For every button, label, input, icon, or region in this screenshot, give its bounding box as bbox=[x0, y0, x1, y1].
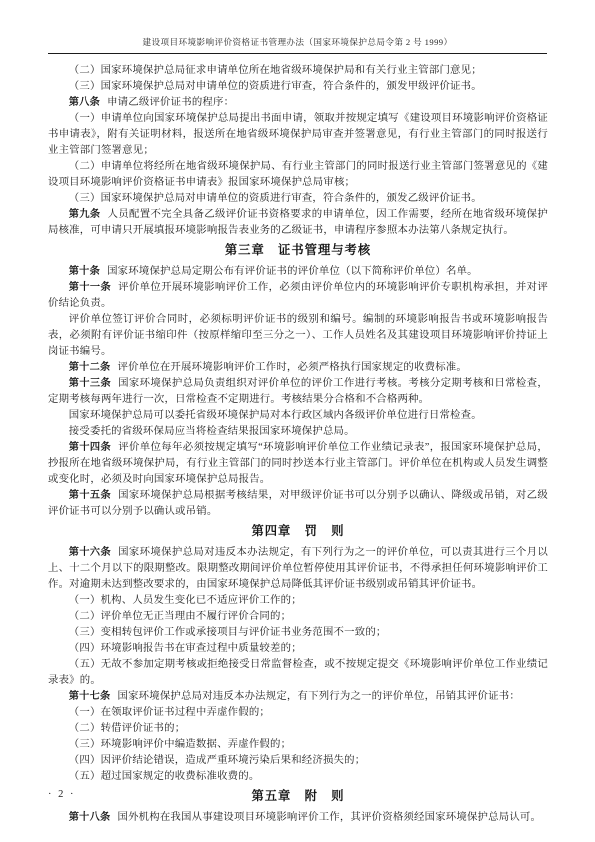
article-number: 第十六条 bbox=[69, 547, 111, 558]
paragraph: 第十四条评价单位每年必须按规定填写“环境影响评价单位工作业绩记录表”，报国家环境… bbox=[48, 440, 548, 488]
paragraph-text: 国家环境保护总局定期公布有评价证书的评价单位（以下简称评价单位）名单。 bbox=[107, 266, 478, 277]
paragraph-text: 国家环境保护总局负责组织对评价单位的评价工作进行考核。考核分定期考核和日常检查，… bbox=[48, 378, 548, 405]
paragraph: 第八条申请乙级评价证书的程序： bbox=[48, 95, 548, 111]
paragraph-text: 接受委托的省级环保局应当将检查结果报国家环境保护总局。 bbox=[69, 426, 355, 437]
paragraph-text: （二）转借评价证书的； bbox=[69, 723, 186, 734]
article-number: 第八条 bbox=[69, 97, 100, 108]
paragraph: 第十六条国家环境保护总局对违反本办法规定，有下列行为之一的评价单位，可以责其进行… bbox=[48, 545, 548, 593]
paragraph: （二）申请单位将经所在地省级环境保护局、有行业主管部门的同时报送行业主管部门签署… bbox=[48, 159, 548, 191]
paragraph-text: 申请乙级评价证书的程序： bbox=[107, 97, 234, 108]
paragraph: 第十七条国家环境保护总局对违反本办法规定，有下列行为之一的评价单位，吊销其评价证… bbox=[48, 689, 548, 705]
paragraph: 第十一条评价单位开展环境影响评价工作，必须由评价单位内的环境影响评价专职机构承担… bbox=[48, 280, 548, 312]
paragraph-text: 评价单位开展环境影响评价工作，必须由评价单位内的环境影响评价专职机构承担，并对评… bbox=[48, 282, 548, 309]
paragraph-text: 国家环境保护总局根据考核结果，对甲级评价证书可以分别予以确认、降级或吊销，对乙级… bbox=[48, 490, 548, 517]
paragraph-text: 国家环境保护总局对违反本办法规定，有下列行为之一的评价单位，可以责其进行三个月以… bbox=[48, 547, 548, 590]
paragraph: （二）转借评价证书的； bbox=[48, 721, 548, 737]
paragraph-text: （三）国家环境保护总局对申请单位的资质进行审查，符合条件的，颁发乙级评价证书。 bbox=[69, 193, 482, 204]
paragraph: （四）环境影响报告书在审查过程中质量较差的； bbox=[48, 641, 548, 657]
paragraph-text: 评价单位每年必须按规定填写“环境影响评价单位工作业绩记录表”，报国家环境保护总局… bbox=[48, 442, 548, 485]
paragraph-text: （二）国家环境保护总局征求申请单位所在地省级环境保护局和有关行业主管部门意见； bbox=[69, 65, 482, 76]
paragraph: （三）环境影响评价中编造数据、弄虚作假的； bbox=[48, 737, 548, 753]
paragraph: （二）评价单位无正当理由不履行评价合同的； bbox=[48, 609, 548, 625]
article-number: 第十条 bbox=[69, 266, 100, 277]
paragraph: （三）变相转包评价工作或承接项目与评价证书业务范围不一致的； bbox=[48, 625, 548, 641]
paragraph-text: 国外机构在我国从事建设项目环境影响评价工作，其评价资格须经国家环境保护总局认可。 bbox=[117, 812, 541, 823]
paragraph: （五）超过国家规定的收费标准收费的。 bbox=[48, 769, 548, 785]
paragraph: 接受委托的省级环保局应当将检查结果报国家环境保护总局。 bbox=[48, 424, 548, 440]
paragraph-text: （四）环境影响报告书在审查过程中质量较差的； bbox=[69, 643, 302, 654]
paragraph-text: （一）申请单位向国家环境保护总局提出书面申请，领取并按规定填写《建设项目环境影响… bbox=[48, 113, 548, 156]
page-footer: · 2 · bbox=[48, 789, 76, 800]
paragraph-text: 国家环境保护总局可以委托省级环境保护局对本行政区域内各级评价单位进行日常检查。 bbox=[69, 410, 482, 421]
article-number: 第十一条 bbox=[69, 282, 111, 293]
paragraph-text: 评价单位在开展环境影响评价工作时，必须严格执行国家规定的收费标准。 bbox=[117, 362, 467, 373]
paragraph: （三）国家环境保护总局对申请单位的资质进行审查，符合条件的，颁发乙级评价证书。 bbox=[48, 191, 548, 207]
chapter-heading: 第五章 附 则 bbox=[48, 788, 548, 804]
paragraph: （二）国家环境保护总局征求申请单位所在地省级环境保护局和有关行业主管部门意见； bbox=[48, 63, 548, 79]
paragraph: 国家环境保护总局可以委托省级环境保护局对本行政区域内各级评价单位进行日常检查。 bbox=[48, 408, 548, 424]
paragraph-text: （四）因评价结论错误，造成严重环境污染后果和经济损失的； bbox=[69, 755, 366, 766]
paragraph: （一）机构、人员发生变化已不适应评价工作的； bbox=[48, 593, 548, 609]
paragraph: （一）在领取评价证书过程中弄虚作假的； bbox=[48, 705, 548, 721]
page-number: · 2 · bbox=[48, 789, 76, 800]
article-number: 第十三条 bbox=[69, 378, 111, 389]
paragraph-text: （五）超过国家规定的收费标准收费的。 bbox=[69, 771, 260, 782]
paragraph-text: （三）国家环境保护总局对申请单位的资质进行审查，符合条件的，颁发甲级评价证书。 bbox=[69, 81, 482, 92]
paragraph: （五）无故不参加定期考核或拒绝接受日常监督检查，或不按规定提交《环境影响评价单位… bbox=[48, 657, 548, 689]
article-number: 第十四条 bbox=[69, 442, 111, 453]
document-body: （二）国家环境保护总局征求申请单位所在地省级环境保护局和有关行业主管部门意见；（… bbox=[48, 63, 548, 826]
paragraph-text: （五）无故不参加定期考核或拒绝接受日常监督检查，或不按规定提交《环境影响评价单位… bbox=[48, 659, 548, 686]
paragraph: （一）申请单位向国家环境保护总局提出书面申请，领取并按规定填写《建设项目环境影响… bbox=[48, 111, 548, 159]
article-number: 第十五条 bbox=[69, 490, 111, 501]
paragraph: 第十条国家环境保护总局定期公布有评价证书的评价单位（以下简称评价单位）名单。 bbox=[48, 264, 548, 280]
paragraph: （三）国家环境保护总局对申请单位的资质进行审查，符合条件的，颁发甲级评价证书。 bbox=[48, 79, 548, 95]
paragraph-text: （一）机构、人员发生变化已不适应评价工作的； bbox=[69, 595, 302, 606]
paragraph: 第十五条国家环境保护总局根据考核结果，对甲级评价证书可以分别予以确认、降级或吊销… bbox=[48, 488, 548, 520]
article-number: 第十七条 bbox=[69, 691, 111, 702]
paragraph: 第十二条评价单位在开展环境影响评价工作时，必须严格执行国家规定的收费标准。 bbox=[48, 360, 548, 376]
paragraph-text: （三）变相转包评价工作或承接项目与评价证书业务范围不一致的； bbox=[69, 627, 387, 638]
paragraph: 评价单位签订评价合同时，必须标明评价证书的级别和编号。编制的环境影响报告书或环境… bbox=[48, 312, 548, 360]
header-title: 建设项目环境影响评价资格证书管理办法（国家环境保护总局令第 2 号 1999） bbox=[143, 37, 453, 47]
paragraph: 第九条人员配置不完全具备乙级评价证书资格要求的申请单位，因工作需要，经所在地省级… bbox=[48, 207, 548, 239]
chapter-heading: 第四章 罚 则 bbox=[48, 523, 548, 539]
paragraph-text: （一）在领取评价证书过程中弄虚作假的； bbox=[69, 707, 270, 718]
article-number: 第十八条 bbox=[69, 812, 111, 823]
paragraph: （四）因评价结论错误，造成严重环境污染后果和经济损失的； bbox=[48, 753, 548, 769]
paragraph-text: （三）环境影响评价中编造数据、弄虚作假的； bbox=[69, 739, 291, 750]
paragraph: 第十三条国家环境保护总局负责组织对评价单位的评价工作进行考核。考核分定期考核和日… bbox=[48, 376, 548, 408]
paragraph-text: （二）申请单位将经所在地省级环境保护局、有行业主管部门的同时报送行业主管部门签署… bbox=[48, 161, 548, 188]
article-number: 第十二条 bbox=[69, 362, 111, 373]
paragraph-text: 人员配置不完全具备乙级评价证书资格要求的申请单位，因工作需要，经所在地省级环境保… bbox=[48, 209, 548, 236]
chapter-heading: 第三章 证书管理与考核 bbox=[48, 242, 548, 258]
paragraph-text: （二）评价单位无正当理由不履行评价合同的； bbox=[69, 611, 291, 622]
paragraph: 第十八条国外机构在我国从事建设项目环境影响评价工作，其评价资格须经国家环境保护总… bbox=[48, 810, 548, 826]
document-page: 建设项目环境影响评价资格证书管理办法（国家环境保护总局令第 2 号 1999） … bbox=[0, 0, 595, 842]
article-number: 第九条 bbox=[69, 209, 101, 220]
paragraph-text: 评价单位签订评价合同时，必须标明评价证书的级别和编号。编制的环境影响报告书或环境… bbox=[48, 314, 548, 357]
running-header: 建设项目环境影响评价资格证书管理办法（国家环境保护总局令第 2 号 1999） bbox=[48, 36, 547, 54]
paragraph-text: 国家环境保护总局对违反本办法规定，有下列行为之一的评价单位，吊销其评价证书： bbox=[117, 691, 519, 702]
